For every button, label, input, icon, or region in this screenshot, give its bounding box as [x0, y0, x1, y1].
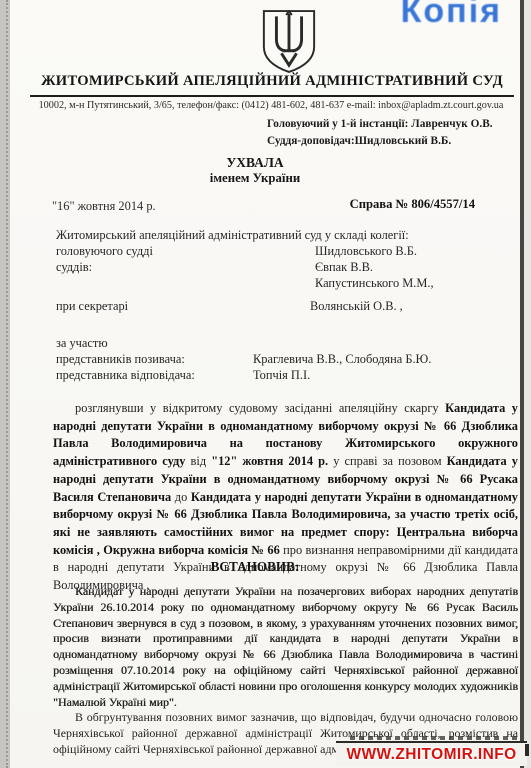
site-watermark: WWW.ZHITOMIR.INFO [336, 741, 527, 766]
participants-intro: за участю [56, 336, 108, 351]
decision-date: "16" жовтня 2014 р. [52, 199, 156, 213]
scan-left-edge [6, 0, 8, 768]
header-divider [30, 95, 514, 97]
panel-role: при секретарі [56, 299, 128, 314]
participant-role: представника відповідача: [56, 368, 195, 383]
scan-right-edge-light [524, 0, 531, 768]
panel-role: головуючого судді [56, 244, 153, 259]
participant-name: Краглевича В.В., Слободяна Б.Ю. [253, 352, 431, 367]
panel-judge-name: Шидловського В.Б. [315, 244, 417, 259]
case-reference-block: Головуючий у 1-й інстанції: Лавренчук О.… [267, 116, 493, 150]
presiding-first-instance: Головуючий у 1-й інстанції: Лавренчук О.… [267, 116, 493, 133]
document-page: Копія ЖИТОМИРСЬКИЙ АПЕЛЯЦІЙНИЙ АДМІНІСТР… [10, 0, 520, 768]
panel-judge-name: Капустинського М.М., [315, 276, 434, 291]
scan-artifact-strip [350, 736, 518, 740]
court-address: 10002, м-н Путятинський, 3/65, телефон/ф… [24, 100, 518, 111]
document-subtitle: іменем України [10, 171, 500, 186]
date-case-row: "16" жовтня 2014 р. Справа № 806/4557/14 [52, 197, 475, 215]
participant-name: Топчія П.І. [253, 368, 310, 383]
document-type: УХВАЛА [10, 155, 500, 171]
ukraine-trident-emblem [260, 10, 318, 74]
facts-paragraph: Кандидат у народні депутати України на п… [53, 584, 518, 710]
case-number: Справа № 806/4557/14 [350, 197, 475, 212]
scanned-page-canvas: Копія ЖИТОМИРСЬКИЙ АПЕЛЯЦІЙНИЙ АДМІНІСТР… [0, 0, 531, 768]
resolution-heading: ВСТАНОВИВ: [10, 559, 500, 575]
panel-judge-name: Євпак В.В. [315, 260, 373, 275]
copy-stamp: Копія [401, 0, 502, 31]
facts-block: Кандидат у народні депутати України на п… [53, 584, 518, 758]
participant-role: представників позивача: [56, 352, 185, 367]
scan-artifact-mark [525, 744, 529, 756]
judge-rapporteur: Суддя-доповідач:Шидловський В.Б. [267, 133, 493, 150]
panel-secretary-name: Волянській О.В. , [310, 299, 403, 314]
panel-intro: Житомирський апеляційний адміністративни… [56, 228, 409, 243]
panel-role: суддів: [56, 260, 92, 275]
court-name: ЖИТОМИРСЬКИЙ АПЕЛЯЦІЙНИЙ АДМІНІСТРАТИВНИ… [30, 73, 514, 90]
site-watermark-text: WWW.ZHITOMIR.INFO [346, 746, 516, 764]
